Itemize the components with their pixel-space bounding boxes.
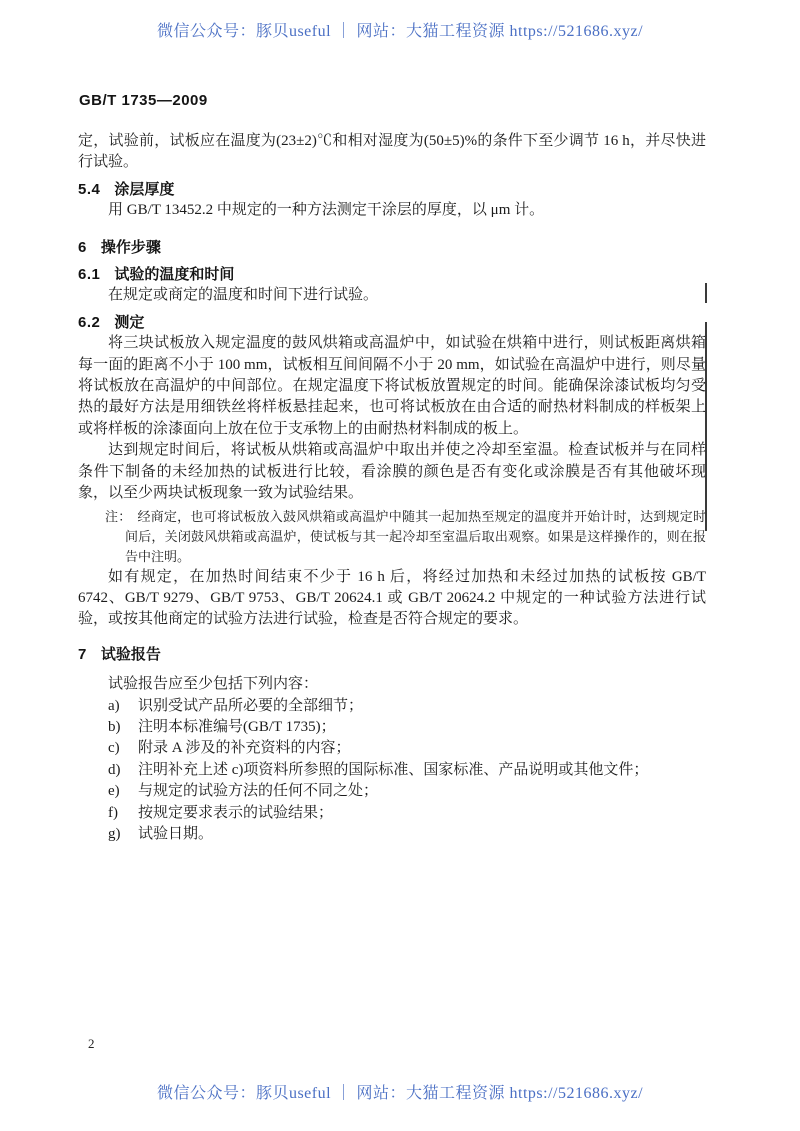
- report-item-e: e)与规定的试验方法的任何不同之处；: [78, 781, 706, 802]
- item-label: e): [108, 781, 138, 802]
- report-item-g: g)试验日期。: [78, 824, 706, 845]
- paragraph-7-intro: 试验报告应至少包括下列内容：: [78, 674, 706, 695]
- document-page: 微信公众号：豚贝useful ｜ 网站：大猫工程资源 https://52168…: [0, 0, 800, 1131]
- watermark-footer: 微信公众号：豚贝useful ｜ 网站：大猫工程资源 https://52168…: [0, 1080, 800, 1103]
- section-number: 6.1: [78, 266, 100, 283]
- item-label: d): [108, 760, 138, 781]
- chapter-heading-6: 6操作步骤: [78, 237, 706, 258]
- section-heading-5-4: 5.4涂层厚度: [78, 179, 706, 200]
- chapter-heading-7: 7试验报告: [78, 644, 706, 665]
- item-label: a): [108, 696, 138, 717]
- item-label: f): [108, 803, 138, 824]
- paragraph-6-1: 在规定或商定的温度和时间下进行试验。: [78, 285, 706, 306]
- report-item-b: b)注明本标准编号(GB/T 1735)；: [78, 717, 706, 738]
- section-heading-6-1: 6.1试验的温度和时间: [78, 264, 706, 285]
- report-item-f: f)按规定要求表示的试验结果；: [78, 803, 706, 824]
- note-label: 注：: [105, 509, 131, 524]
- report-item-d: d)注明补充上述 c)项资料所参照的国际标准、国家标准、产品说明或其他文件；: [78, 760, 706, 781]
- item-text: 注明补充上述 c)项资料所参照的国际标准、国家标准、产品说明或其他文件；: [138, 760, 706, 781]
- doc-code: GB/T 1735—2009: [79, 92, 208, 109]
- paragraph-6-2-3: 如有规定，在加热时间结束不少于 16 h 后，将经过加热和未经过加热的试板按 G…: [78, 567, 706, 631]
- section-heading-6-2: 6.2测定: [78, 312, 706, 333]
- chapter-number: 6: [78, 239, 87, 256]
- section-title: 测定: [114, 314, 144, 331]
- item-text: 识别受试产品所必要的全部细节；: [138, 696, 706, 717]
- paragraph-5-4: 用 GB/T 13452.2 中规定的一种方法测定干涂层的厚度，以 μm 计。: [78, 200, 706, 221]
- item-text: 附录 A 涉及的补充资料的内容；: [138, 738, 706, 759]
- chapter-title: 操作步骤: [101, 239, 161, 256]
- item-text: 与规定的试验方法的任何不同之处；: [138, 781, 706, 802]
- paragraph-6-2-2: 达到规定时间后，将试板从烘箱或高温炉中取出并使之冷却至室温。检查试板并与在同样条…: [78, 440, 706, 504]
- watermark-header: 微信公众号：豚贝useful ｜ 网站：大猫工程资源 https://52168…: [0, 18, 800, 41]
- section-number: 6.2: [78, 314, 100, 331]
- item-text: 试验日期。: [138, 824, 706, 845]
- section-number: 5.4: [78, 181, 100, 198]
- note-paragraph: 注：经商定，也可将试板放入鼓风烘箱或高温炉中随其一起加热至规定的温度并开始计时，…: [78, 507, 706, 567]
- report-item-a: a)识别受试产品所必要的全部细节；: [78, 696, 706, 717]
- document-content: 定，试验前，试板应在温度为(23±2)℃和相对湿度为(50±5)%的条件下至少调…: [78, 131, 706, 845]
- section-title: 试验的温度和时间: [114, 266, 234, 283]
- item-label: g): [108, 824, 138, 845]
- paragraph-continuation: 定，试验前，试板应在温度为(23±2)℃和相对湿度为(50±5)%的条件下至少调…: [78, 131, 706, 174]
- paragraph-6-2-1: 将三块试板放入规定温度的鼓风烘箱或高温炉中，如试验在烘箱中进行，则试板距离烘箱每…: [78, 333, 706, 440]
- chapter-title: 试验报告: [101, 646, 161, 663]
- chapter-number: 7: [78, 646, 87, 663]
- report-item-c: c)附录 A 涉及的补充资料的内容；: [78, 738, 706, 759]
- revision-change-bar: [705, 283, 707, 303]
- revision-change-bar: [705, 322, 707, 531]
- section-title: 涂层厚度: [114, 181, 174, 198]
- note-text: 经商定，也可将试板放入鼓风烘箱或高温炉中随其一起加热至规定的温度并开始计时，达到…: [125, 509, 706, 564]
- report-item-list: a)识别受试产品所必要的全部细节； b)注明本标准编号(GB/T 1735)； …: [78, 696, 706, 846]
- item-label: c): [108, 738, 138, 759]
- item-text: 注明本标准编号(GB/T 1735)；: [138, 717, 706, 738]
- item-label: b): [108, 717, 138, 738]
- item-text: 按规定要求表示的试验结果；: [138, 803, 706, 824]
- page-number: 2: [88, 1036, 95, 1052]
